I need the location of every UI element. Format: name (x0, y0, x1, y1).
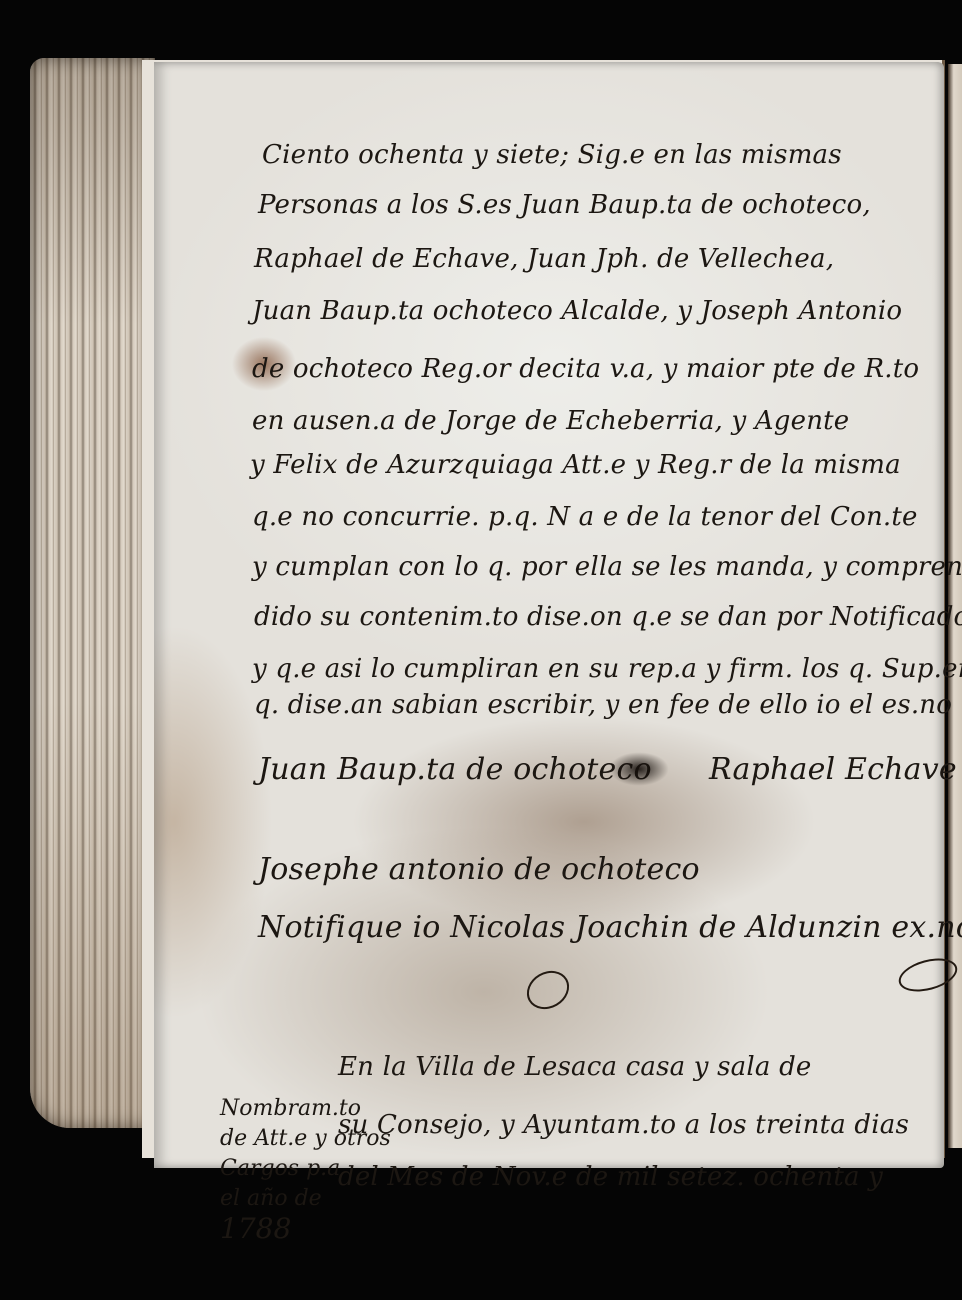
manuscript-line: En la Villa de Lesaca casa y sala de (338, 1052, 812, 1082)
manuscript-line: Ciento ochenta y siete; Sig.e en las mis… (262, 140, 842, 170)
manuscript-line: en ausen.a de Jorge de Echeberria, y Age… (252, 406, 849, 436)
manuscript-line: Raphael de Echave, Juan Jph. de Velleche… (254, 244, 834, 274)
manuscript-line: de ochoteco Reg.or decita v.a, y maior p… (252, 354, 919, 384)
signature-juan-bautista: Juan Baup.ta de ochoteco (258, 752, 652, 787)
manuscript-line: Juan Baup.ta ochoteco Alcalde, y Joseph … (252, 296, 902, 326)
manuscript-line: del Mes de Nov.e de mil setez. ochenta y (338, 1162, 883, 1192)
manuscript-line: y cumplan con lo q. por ella se les mand… (252, 552, 962, 582)
signature-joseph-antonio: Josephe antonio de ochoteco (258, 852, 700, 887)
open-book: Ciento ochenta y siete; Sig.e en las mis… (30, 48, 962, 1300)
signature-raphael-echave: Raphael Echave (709, 752, 957, 787)
manuscript-line: y q.e asi lo cumpliran en su rep.a y fir… (252, 654, 962, 684)
manuscript-line: dido su contenim.to dise.on q.e se dan p… (254, 602, 962, 632)
rubric-flourish (520, 963, 576, 1016)
book-page-edges (30, 58, 155, 1128)
margin-note-year: 1788 (220, 1214, 391, 1244)
manuscript-line: q. dise.an sabian escribir, y en fee de … (254, 690, 952, 720)
manuscript-line: su Consejo, y Ayuntam.to a los treinta d… (338, 1110, 909, 1140)
manuscript-line: y Felix de Azurzquiaga Att.e y Reg.r de … (250, 450, 901, 480)
ink-blot (609, 752, 669, 786)
manuscript-line: q.e no concurrie. p.q. N a e de la tenor… (252, 502, 918, 532)
manuscript-page: Ciento ochenta y siete; Sig.e en las mis… (154, 62, 944, 1168)
notary-attestation: Notifique io Nicolas Joachin de Aldunzin… (258, 910, 962, 945)
manuscript-line: Personas a los S.es Juan Baup.ta de ocho… (258, 190, 871, 220)
